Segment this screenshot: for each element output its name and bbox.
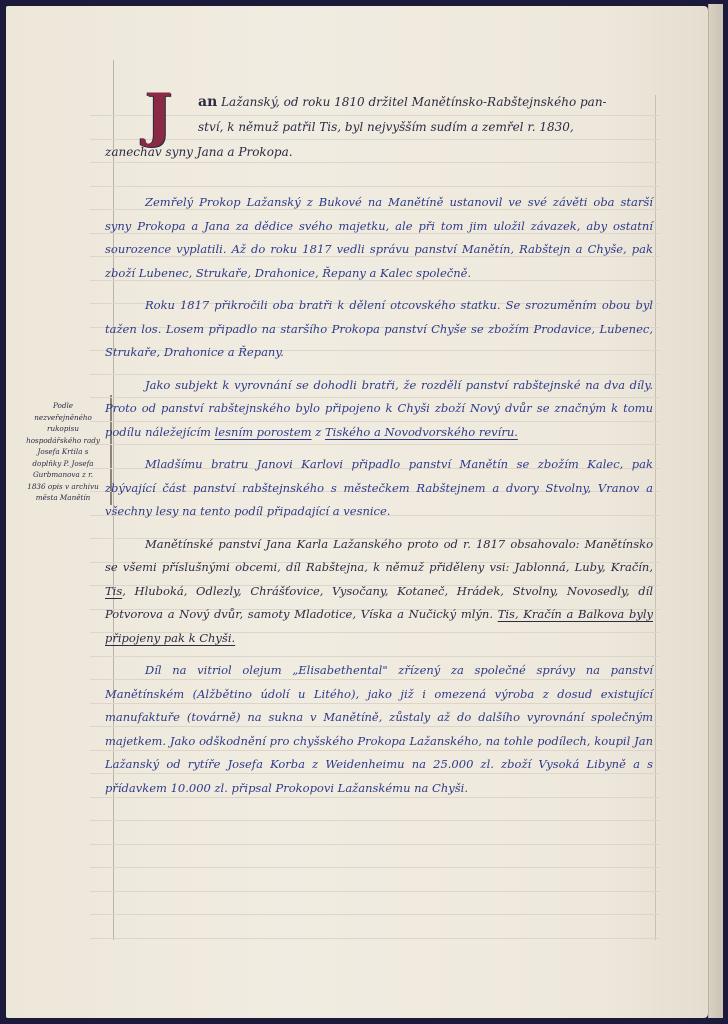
ruled-line	[90, 914, 660, 915]
heading-line-3: zanechav syny Jana a Prokopa.	[105, 140, 653, 165]
paragraph-vitriol-works: Díl na vitriol olejum „Elisabethental" z…	[105, 659, 653, 800]
drop-cap-initial: J	[145, 86, 172, 144]
heading-lead: an	[198, 94, 217, 110]
page-edge	[708, 4, 723, 1018]
paragraph-division-1817: Roku 1817 přikročili oba bratři k dělení…	[105, 294, 653, 365]
underlined-phrase: Tis	[105, 584, 122, 598]
heading-paragraph: J an Lažanský, od roku 1810 držitel Maně…	[105, 90, 653, 165]
right-margin-line	[655, 95, 656, 940]
margin-side-note: Podle nezveřejněného rukopisu hospodářsk…	[24, 400, 102, 504]
paragraph-younger-brother: Mladšímu bratru Janovi Karlovi připadlo …	[105, 453, 653, 524]
manuscript-text: J an Lažanský, od roku 1810 držitel Maně…	[105, 90, 653, 809]
ruled-line	[90, 891, 660, 892]
paragraph-rabstejn-split: Jako subjekt k vyrovnání se dohodli brat…	[105, 374, 653, 445]
heading-line-2: ství, k němuž patřil Tis, byl nejvyšším …	[150, 115, 653, 140]
paragraph-manetin-estate: Manětínské panství Jana Karla Lažanského…	[105, 533, 653, 651]
ruled-line	[90, 844, 660, 845]
paragraph-inheritance: Zemřelý Prokop Lažanský z Bukové na Maně…	[105, 191, 653, 285]
underlined-phrase: lesním porostem	[215, 425, 312, 439]
ruled-line	[90, 867, 660, 868]
ruled-line	[90, 938, 660, 939]
heading-line-1: an Lažanský, od roku 1810 držitel Manětí…	[150, 90, 653, 115]
ruled-line	[90, 820, 660, 821]
underlined-phrase: Tiského a Novodvorského revíru.	[325, 425, 518, 439]
